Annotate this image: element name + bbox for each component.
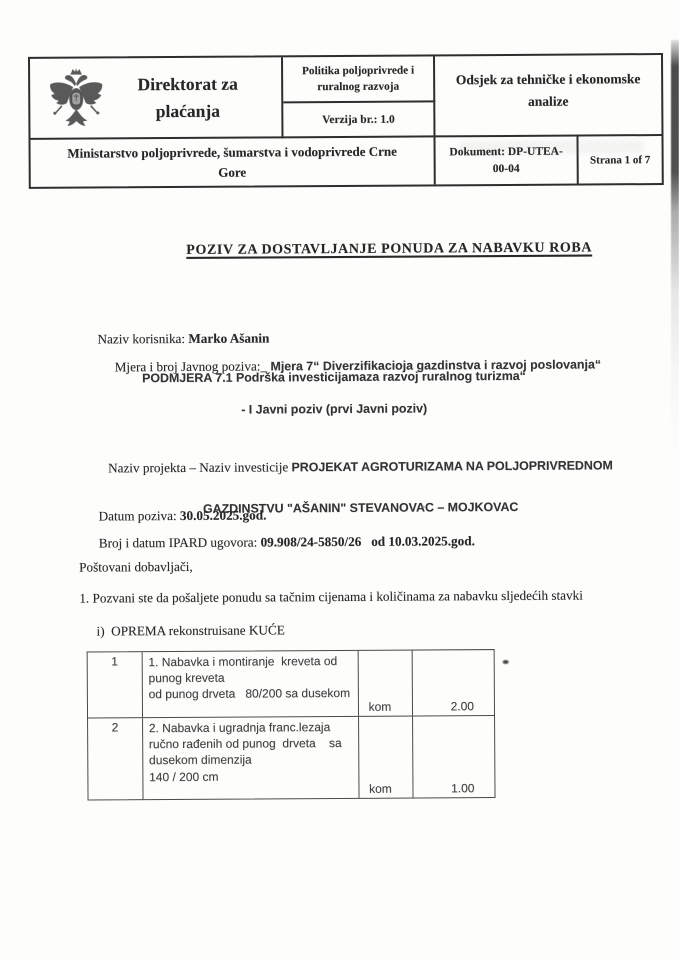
header-table: Direktorat za plaćanja Politika poljopri…: [28, 53, 664, 189]
ink-speck-artifact: [503, 660, 509, 664]
table-row: 1 1. Nabavka i montiranje kreveta od pun…: [88, 650, 494, 718]
scan-layer: Direktorat za plaćanja Politika poljopri…: [0, 0, 679, 960]
policy-label: Politika poljoprivrede i ruralnog razvoj…: [283, 62, 433, 96]
item-description-cell: 1. Nabavka i montiranje kreveta od punog…: [142, 651, 358, 717]
ministry-cell: Ministarstvo poljoprivrede, šumarstva i …: [31, 137, 436, 186]
section-heading: i) OPREMA rekonstruisane KUĆE: [96, 620, 284, 641]
scan-edge-artifact: [671, 40, 679, 700]
ipard-label: Broj i datum IPARD ugovora:: [99, 534, 261, 550]
ministry-label: Ministarstvo poljoprivrede, šumarstva i …: [59, 142, 406, 183]
directorate-cell: Direktorat za plaćanja: [30, 57, 283, 140]
ipard-value: 09.908/24-5850/26 od 10.03.2025.god.: [260, 533, 474, 549]
document-title: POZIV ZA DOSTAVLJANJE PONUDA ZA NABAVKU …: [99, 240, 679, 260]
department-label: Odsjek za tehničke i ekonomske analize: [456, 71, 641, 109]
field-podmjera: PODMJERA 7.1 Podrška investicijamaza raz…: [54, 366, 614, 388]
ink-speck-artifact: [422, 505, 425, 508]
scan-smudge-artifact: [459, 140, 644, 154]
scanned-document-page: Direktorat za plaćanja Politika poljopri…: [0, 0, 679, 960]
department-cell: Odsjek za tehničke i ekonomske analize: [435, 55, 661, 137]
naziv-projekta-label: Naziv projekta – Naziv investicije: [108, 460, 292, 476]
version-cell: Verzija br.: 1.0: [283, 102, 435, 138]
item-unit-cell: kom: [358, 651, 413, 716]
policy-cell: Politika poljoprivrede i ruralnog razvoj…: [283, 56, 435, 103]
item-quantity-cell: 1.00: [413, 716, 494, 797]
table-row: 2 2. Nabavka i ugradnja franc.lezaja ruč…: [88, 716, 494, 799]
page-number-label: Strana 1 of 7: [590, 154, 650, 166]
item-quantity-cell: 2.00: [413, 650, 494, 715]
montenegro-coat-of-arms-icon: [46, 65, 106, 131]
items-table: 1 1. Nabavka i montiranje kreveta od pun…: [87, 649, 496, 800]
salutation: Poštovani dobavljači,: [79, 557, 193, 577]
directorate-title: Direktorat za plaćanja: [106, 71, 281, 125]
field-javni-poziv: - I Javni poziv (prvi Javni poziv): [54, 398, 614, 420]
version-label: Verzija br.: 1.0: [322, 113, 395, 125]
item-number-cell: 2: [88, 718, 143, 799]
naziv-projekta-value-line1: PROJEKAT AGROTURIZAMA NA POLJOPRIVREDNOM: [291, 459, 612, 475]
item-unit-cell: kom: [359, 717, 414, 798]
item-description-cell: 2. Nabavka i ugradnja franc.lezaja ručno…: [143, 717, 359, 799]
intro-paragraph: 1. Pozvani ste da pošaljete ponudu sa ta…: [79, 585, 654, 608]
item-number-cell: 1: [88, 652, 143, 717]
